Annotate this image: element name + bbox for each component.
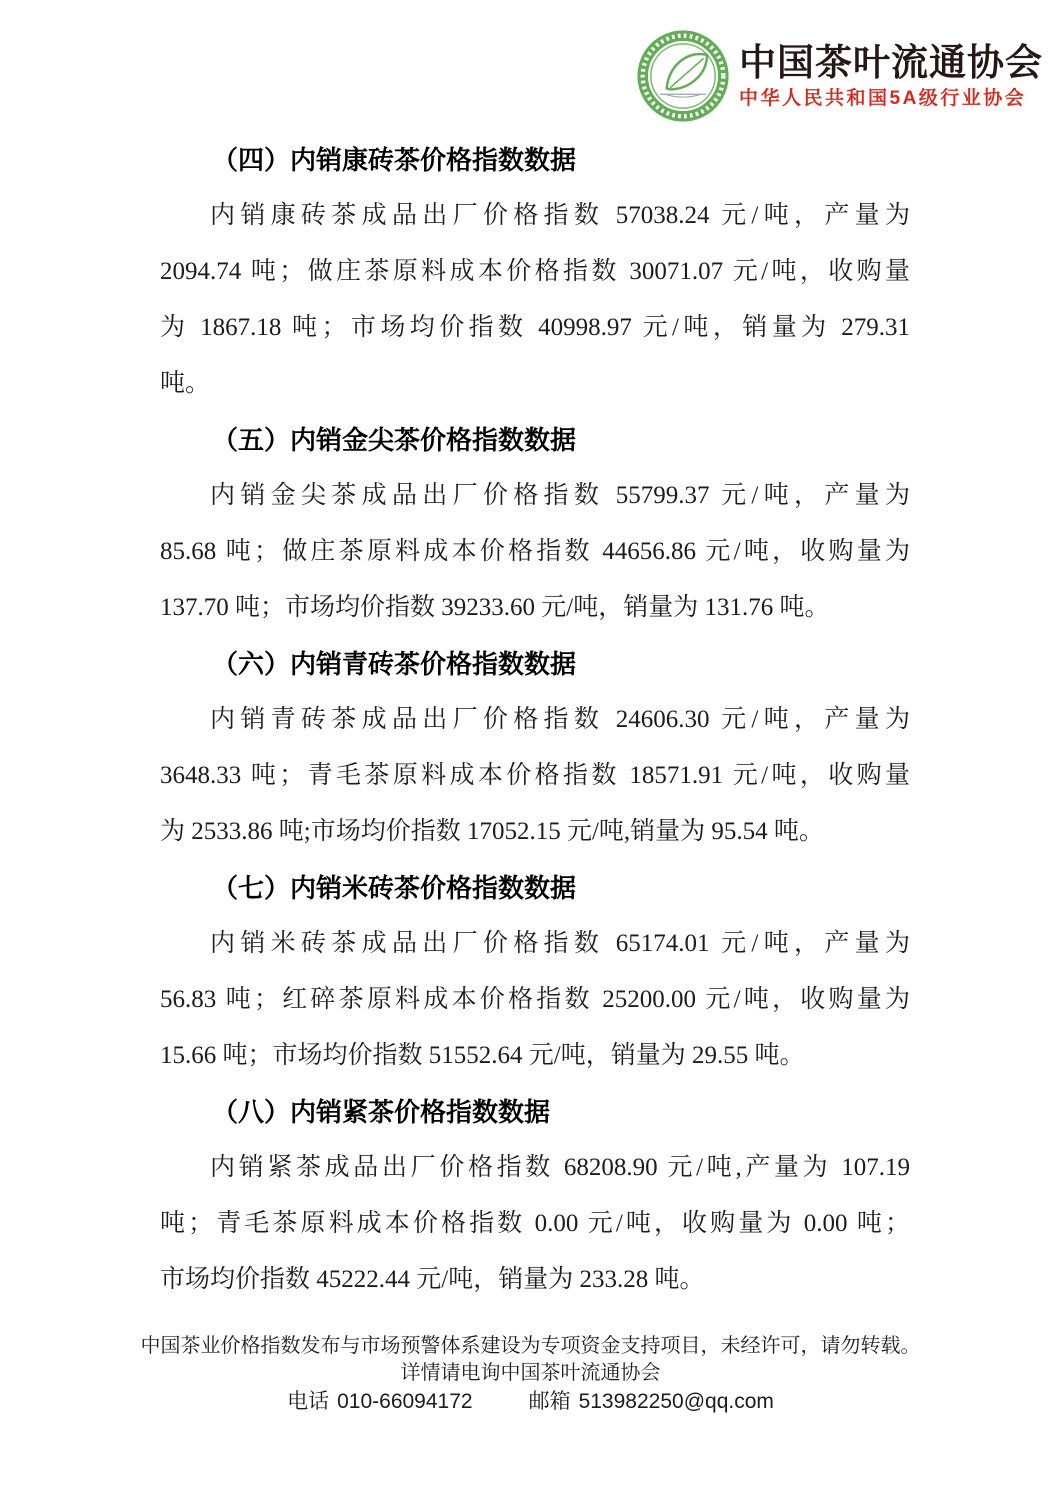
body-line: 为 2533.86 吨;市场均价指数 17052.15 元/吨,销量为 95.5…	[160, 804, 910, 860]
org-subtitle: 中华人民共和国5A级行业协会	[739, 87, 1026, 111]
body-line: 吨。	[160, 356, 910, 412]
phone-number: 010-66094172	[337, 1390, 472, 1413]
email-address: 513982250@qq.com	[579, 1390, 774, 1413]
email-label: 邮箱	[529, 1390, 571, 1413]
body-line: 内销紧茶成品出厂价格指数 68208.90 元/吨,产量为 107.19	[160, 1140, 910, 1196]
footer-notice: 中国茶业价格指数发布与市场预警体系建设为专项资金支持项目，未经许可，请勿转载。	[0, 1332, 1061, 1360]
section-jincha: （八）内销紧茶价格指数数据 内销紧茶成品出厂价格指数 68208.90 元/吨,…	[160, 1084, 910, 1308]
phone-label: 电话	[287, 1390, 329, 1413]
letterhead-text: 中国茶叶流通协会 中华人民共和国5A级行业协会	[739, 42, 1043, 111]
body-line: 56.83 吨；红碎茶原料成本价格指数 25200.00 元/吨，收购量为	[160, 972, 910, 1028]
body-line: 内销米砖茶成品出厂价格指数 65174.01 元/吨，产量为	[160, 916, 910, 972]
section-kangzhuan: （四）内销康砖茶价格指数数据 内销康砖茶成品出厂价格指数 57038.24 元/…	[160, 132, 910, 412]
section-heading: （四）内销康砖茶价格指数数据	[160, 132, 910, 188]
body-line: 85.68 吨；做庄茶原料成本价格指数 44656.86 元/吨，收购量为	[160, 524, 910, 580]
body-line: 内销康砖茶成品出厂价格指数 57038.24 元/吨，产量为	[160, 188, 910, 244]
body-line: 内销金尖茶成品出厂价格指数 55799.37 元/吨，产量为	[160, 468, 910, 524]
section-heading: （八）内销紧茶价格指数数据	[160, 1084, 910, 1140]
body-line: 为 1867.18 吨；市场均价指数 40998.97 元/吨，销量为 279.…	[160, 300, 910, 356]
section-heading: （六）内销青砖茶价格指数数据	[160, 636, 910, 692]
footer-contact-line: 详情请电询中国茶叶流通协会	[0, 1360, 1061, 1386]
section-mizhuan: （七）内销米砖茶价格指数数据 内销米砖茶成品出厂价格指数 65174.01 元/…	[160, 860, 910, 1084]
body-line: 市场均价指数 45222.44 元/吨，销量为 233.28 吨。	[160, 1252, 910, 1308]
section-qingzhuan: （六）内销青砖茶价格指数数据 内销青砖茶成品出厂价格指数 24606.30 元/…	[160, 636, 910, 860]
body-line: 15.66 吨；市场均价指数 51552.64 元/吨，销量为 29.55 吨。	[160, 1028, 910, 1084]
tea-association-logo-icon	[635, 28, 731, 124]
section-heading: （五）内销金尖茶价格指数数据	[160, 412, 910, 468]
body-line: 3648.33 吨；青毛茶原料成本价格指数 18571.91 元/吨，收购量	[160, 748, 910, 804]
body-line: 内销青砖茶成品出厂价格指数 24606.30 元/吨，产量为	[160, 692, 910, 748]
section-heading: （七）内销米砖茶价格指数数据	[160, 860, 910, 916]
footer-contact-details: 电话010-66094172邮箱513982250@qq.com	[0, 1388, 1061, 1416]
document-body: （四）内销康砖茶价格指数数据 内销康砖茶成品出厂价格指数 57038.24 元/…	[160, 132, 910, 1308]
page-footer: 中国茶业价格指数发布与市场预警体系建设为专项资金支持项目，未经许可，请勿转载。 …	[0, 1332, 1061, 1416]
letterhead: 中国茶叶流通协会 中华人民共和国5A级行业协会	[0, 0, 1061, 126]
section-jinjian: （五）内销金尖茶价格指数数据 内销金尖茶成品出厂价格指数 55799.37 元/…	[160, 412, 910, 636]
document-page: 中国茶叶流通协会 中华人民共和国5A级行业协会 （四）内销康砖茶价格指数数据 内…	[0, 0, 1061, 1500]
body-line: 137.70 吨；市场均价指数 39233.60 元/吨，销量为 131.76 …	[160, 580, 910, 636]
org-name: 中国茶叶流通协会	[739, 42, 1043, 86]
body-line: 吨；青毛茶原料成本价格指数 0.00 元/吨，收购量为 0.00 吨；	[160, 1196, 910, 1252]
body-line: 2094.74 吨；做庄茶原料成本价格指数 30071.07 元/吨，收购量	[160, 244, 910, 300]
